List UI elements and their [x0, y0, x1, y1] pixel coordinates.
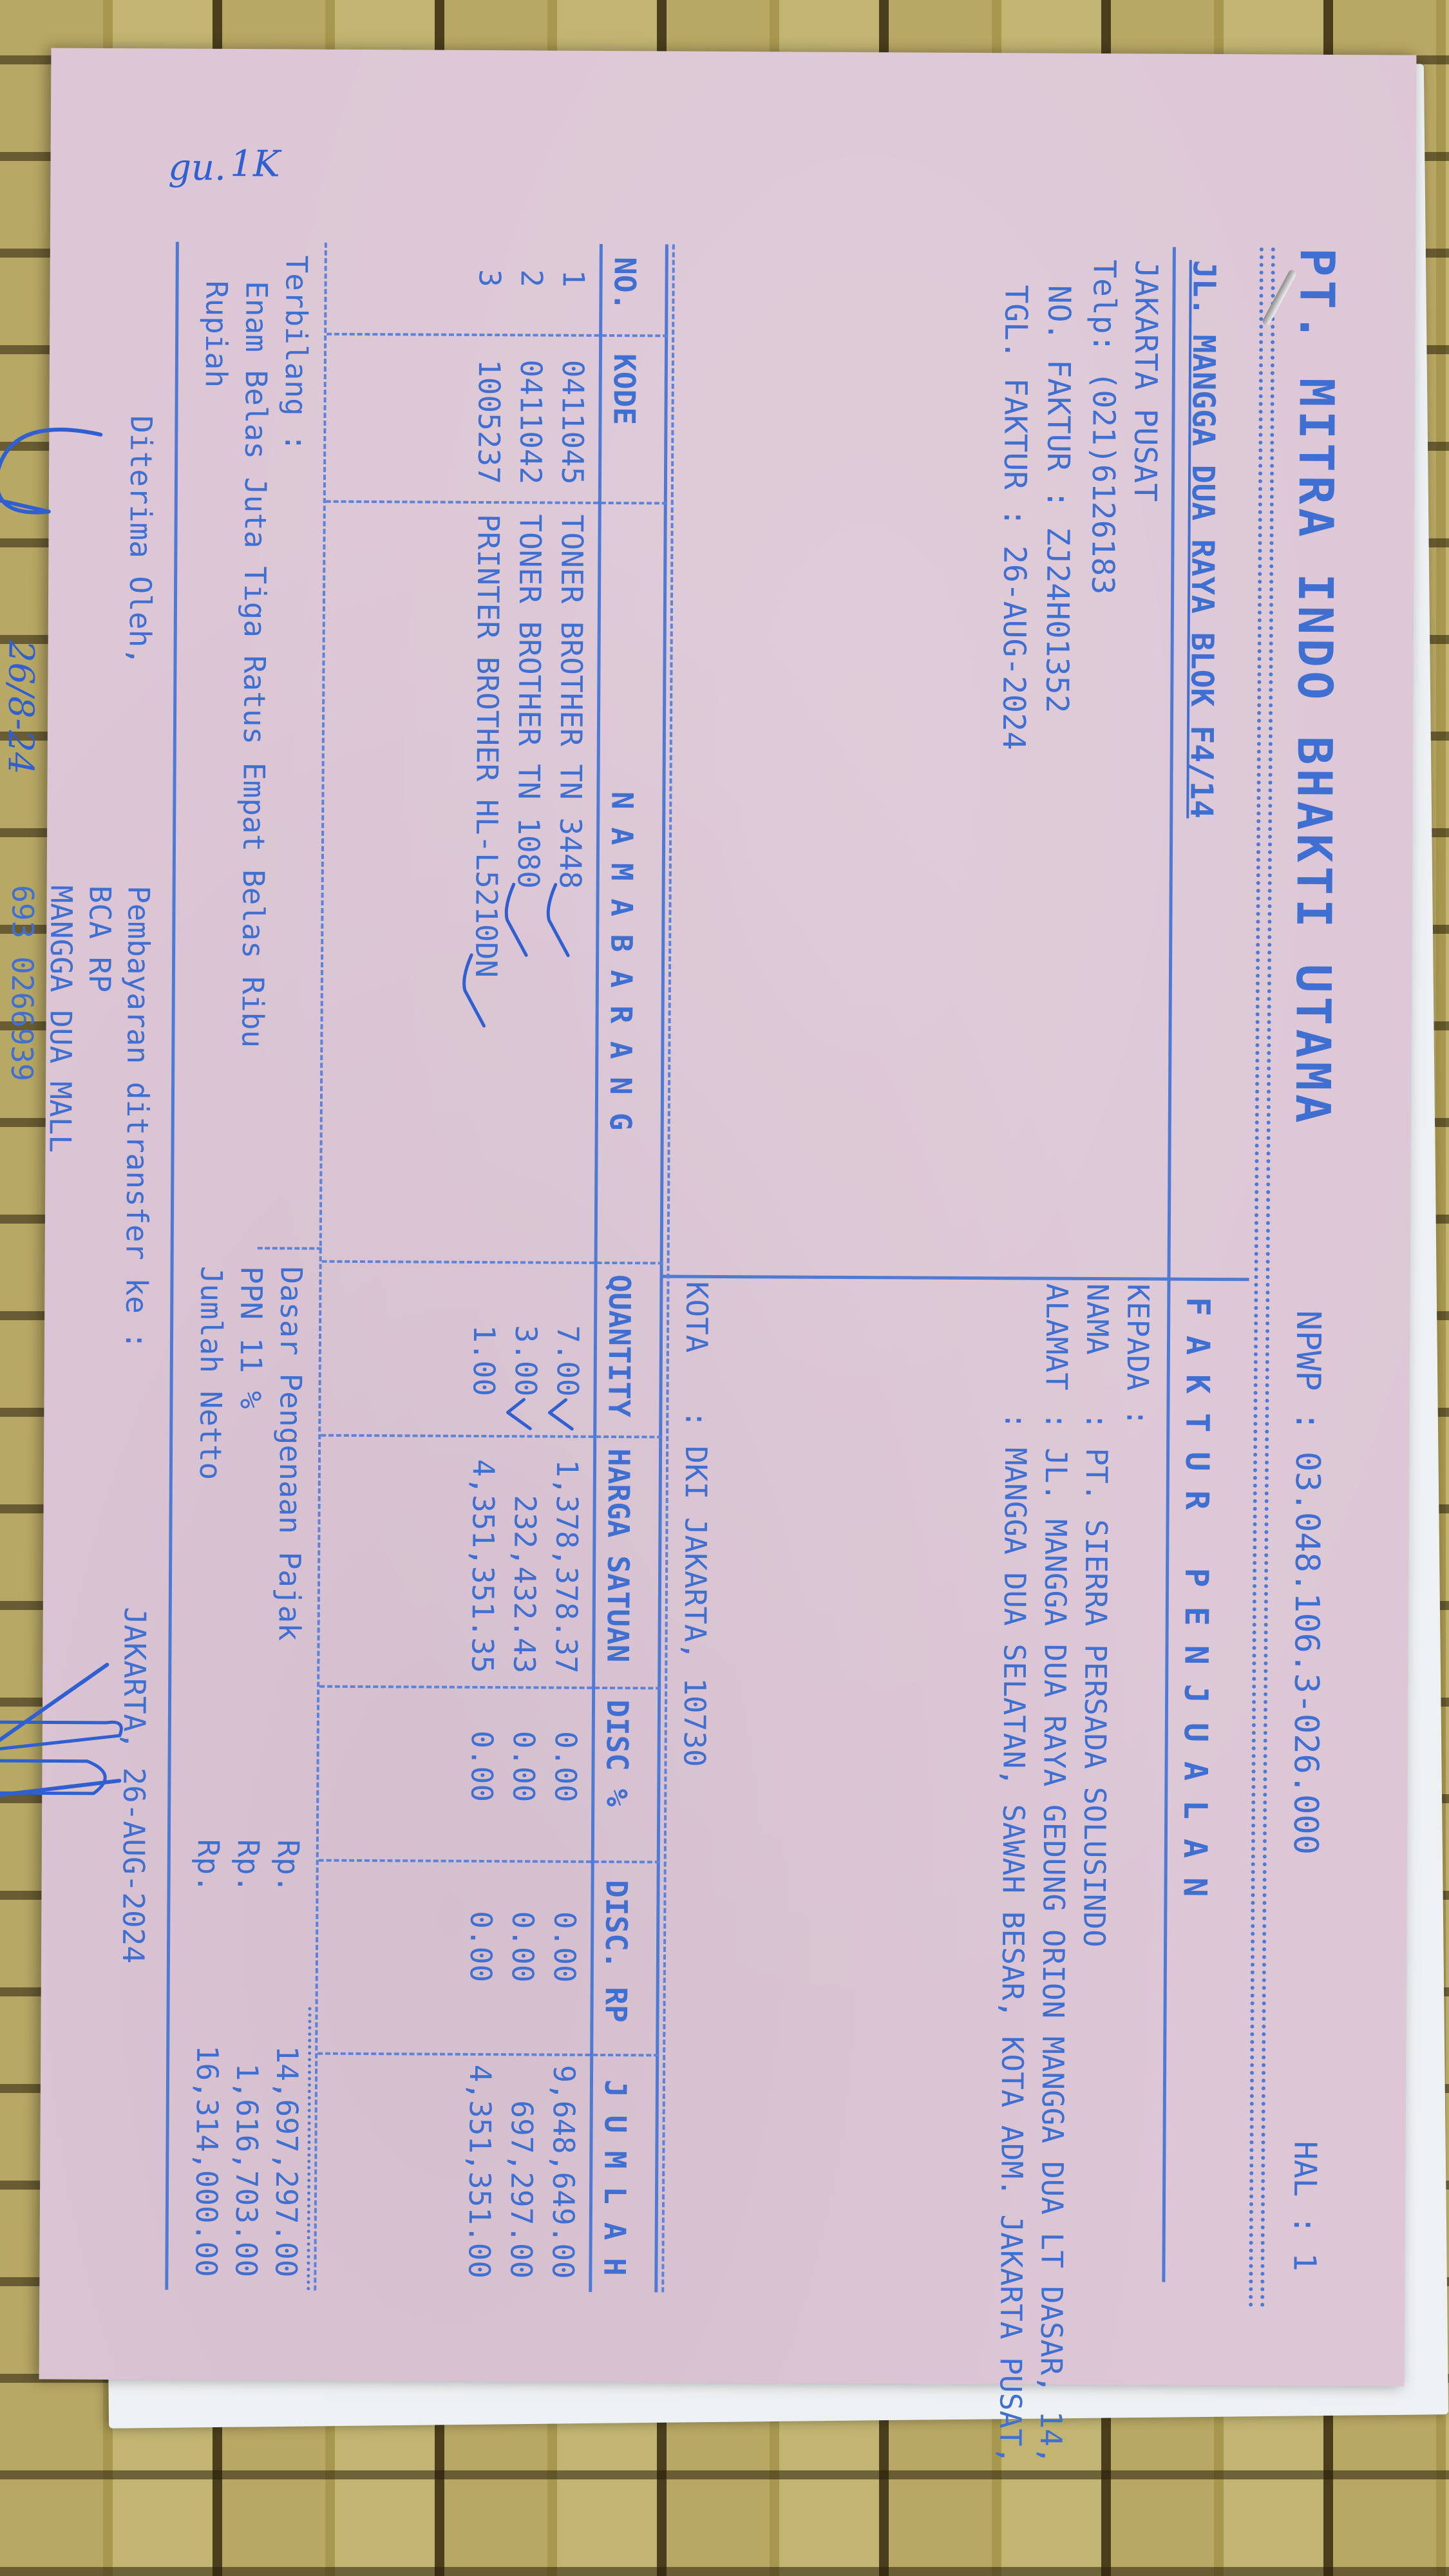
payment-line3: MANGGA DUA MALL	[43, 885, 79, 1153]
net-label: Jumlah Netto	[193, 1266, 229, 1481]
row-code: 0411045	[555, 360, 591, 485]
col-divider	[321, 1434, 662, 1439]
footer-rule	[165, 241, 179, 2289]
amount-in-words-line1: Enam Belas Juta Tiga Ratus Empat Belas R…	[235, 281, 274, 1048]
page-number: HAL : 1	[1286, 2141, 1323, 2272]
row-item-name: TONER BROTHER TN 1080	[511, 514, 548, 889]
invoice-number-value: ZJ24H01352	[1039, 527, 1076, 713]
row-unit-price: 1,378,378.37	[549, 1442, 585, 1674]
row-disc-rp: 0.00	[506, 1866, 541, 1982]
header-divider	[663, 1274, 1249, 1281]
checkmark-icon	[498, 1396, 536, 1435]
row-disc-pct: 0.00	[506, 1692, 542, 1802]
tax-base-value: 14,697,297.00	[269, 2032, 305, 2277]
row-amount: 697,297.00	[504, 2060, 540, 2278]
npwp-value: 03.048.106.3-026.000	[1286, 1452, 1327, 1855]
row-qty: 3.00	[509, 1267, 544, 1396]
seller-address-line1: JL. MANGGA DUA RAYA BLOK F4/14	[1183, 260, 1222, 819]
amount-in-words-label: Terbilang :	[278, 255, 314, 451]
row-amount: 4,351,351.00	[462, 2060, 498, 2278]
table-bottom-rule	[314, 243, 327, 2291]
row-no: 1	[556, 270, 591, 288]
customer-label: KEPADA :	[1120, 1283, 1155, 1426]
row-no: 3	[473, 269, 507, 287]
col-unit-price: HARGA SATUAN	[600, 1448, 636, 1663]
checkmark-icon	[540, 1396, 578, 1435]
row-qty: 7.00	[551, 1268, 586, 1397]
received-by-label: Diterima Oleh,	[122, 415, 158, 665]
page-label: HAL :	[1287, 2141, 1323, 2235]
customer-name: : PT. SIERRA PERSADA SOLUSINDO	[1077, 1412, 1114, 1947]
row-code: 0411042	[513, 359, 549, 484]
amount-in-words-line2: Rupiah	[199, 281, 234, 388]
vat-currency: Rp.	[231, 1839, 265, 1893]
col-divider	[319, 1859, 660, 1864]
receiver-signature	[0, 408, 127, 679]
row-disc-pct: 0.00	[464, 1692, 500, 1802]
customer-address-line2: : MANGGA DUA SELATAN, SAWAH BESAR, KOTA …	[993, 1412, 1034, 2464]
invoice-sheet: PT. MITRA INDO BHAKTI UTAMA NPWP : 03.04…	[39, 48, 1417, 2386]
customer-name-label: NAMA	[1079, 1283, 1115, 1412]
header-double-rule-top	[1260, 247, 1275, 2308]
row-unit-price: 4,351,351.35	[465, 1441, 501, 1673]
invoice-number: NO. FAKTUR : ZJ24H01352	[1039, 285, 1077, 714]
col-code: KODE	[607, 354, 642, 425]
header-double-rule-bottom	[1249, 247, 1264, 2308]
row-item-name: TONER BROTHER TN 3448	[553, 515, 590, 889]
col-divider	[319, 1685, 661, 1690]
customer-city-label: KOTA	[679, 1282, 714, 1410]
customer-address-row: ALAMAT: JL. MANGGA DUA RAYA GEDUNG ORION…	[1034, 1283, 1075, 2465]
seller-underline	[1167, 247, 1175, 1284]
receiver-date-handwritten: 26/8-24	[1, 640, 42, 775]
row-no: 2	[515, 269, 549, 287]
handwritten-note: 1K	[230, 143, 280, 185]
col-quantity: QUANTITY	[601, 1274, 637, 1417]
checkmark-icon	[536, 881, 575, 958]
col-no: NO.	[607, 257, 642, 310]
net-currency: Rp.	[191, 1839, 225, 1893]
tax-base-currency: Rp.	[270, 1839, 305, 1893]
npwp: NPWP : 03.048.106.3-026.000	[1286, 1311, 1327, 1855]
photo-stage: PT. MITRA INDO BHAKTI UTAMA NPWP : 03.04…	[0, 0, 1449, 2576]
company-name: PT. MITRA INDO BHAKTI UTAMA	[1285, 248, 1345, 1127]
customer-address-line1: : JL. MANGGA DUA RAYA GEDUNG ORION MANGG…	[1034, 1412, 1074, 2465]
row-disc-rp: 0.00	[464, 1866, 499, 1982]
invoice-title: FAKTUR PENJUALAN	[1176, 1297, 1217, 1917]
col-disc-pct: DISC %	[600, 1700, 635, 1806]
row-qty: 1.00	[467, 1267, 502, 1396]
seller-address-line2: JAKARTA PUSAT	[1127, 260, 1164, 502]
vat-value: 1,616,703.00	[229, 2032, 265, 2277]
customer-name-row: NAMA: PT. SIERRA PERSADA SOLUSINDO	[1077, 1283, 1115, 1947]
invoice-date-label: TGL. FAKTUR :	[997, 285, 1034, 527]
col-amount: J U M L A H	[597, 2079, 633, 2276]
invoice-date-value: 26-AUG-2024	[996, 545, 1033, 750]
row-amount: 9,648,649.00	[545, 2060, 582, 2279]
col-divider	[326, 500, 667, 505]
payment-line5: PT. MITRA INDO BHAKTI UTAMA	[0, 885, 2, 1367]
totals-divider	[258, 1247, 322, 1250]
seller-phone: Telp: (021)6126183	[1084, 260, 1122, 594]
npwp-label: NPWP :	[1288, 1311, 1327, 1432]
row-unit-price: 232,432.43	[507, 1441, 543, 1673]
net-value: 16,314,000.00	[189, 2032, 225, 2277]
totals-double-rule	[307, 2007, 311, 2291]
customer-city-row: KOTA: DKI JAKARTA, 10730	[677, 1282, 715, 1767]
payment-line4: 693 0266939	[5, 885, 41, 1081]
handwritten-note-2: gu.	[168, 147, 226, 189]
seller-signature	[0, 1644, 146, 2096]
customer-city: : DKI JAKARTA, 10730	[677, 1410, 714, 1767]
col-divider	[322, 1260, 663, 1265]
payment-line1: Pembayaran ditransfer ke :	[119, 885, 156, 1349]
row-code: 1005237	[471, 359, 507, 484]
invoice-date: TGL. FAKTUR : 26-AUG-2024	[996, 285, 1034, 750]
checkmark-icon	[494, 881, 533, 958]
col-divider	[327, 333, 668, 337]
row-disc-rp: 0.00	[547, 1867, 583, 1983]
tax-base-label: Dasar Pengenaan Pajak	[272, 1266, 309, 1641]
col-divider	[317, 2052, 659, 2057]
invoice-number-label: NO. FAKTUR :	[1040, 285, 1077, 509]
col-disc-rp: DISC. RP	[598, 1880, 634, 2023]
customer-address-label: ALAMAT	[1039, 1283, 1074, 1412]
row-disc-pct: 0.00	[548, 1693, 583, 1803]
checkmark-icon	[452, 952, 491, 1029]
page-value: 1	[1286, 2253, 1322, 2271]
col-item-name: N A M A B A R A N G	[603, 791, 640, 1130]
payment-line2: BCA RP	[82, 885, 118, 992]
vat-label: PPN 11 %	[233, 1266, 269, 1409]
title-underline	[1162, 1278, 1170, 2282]
